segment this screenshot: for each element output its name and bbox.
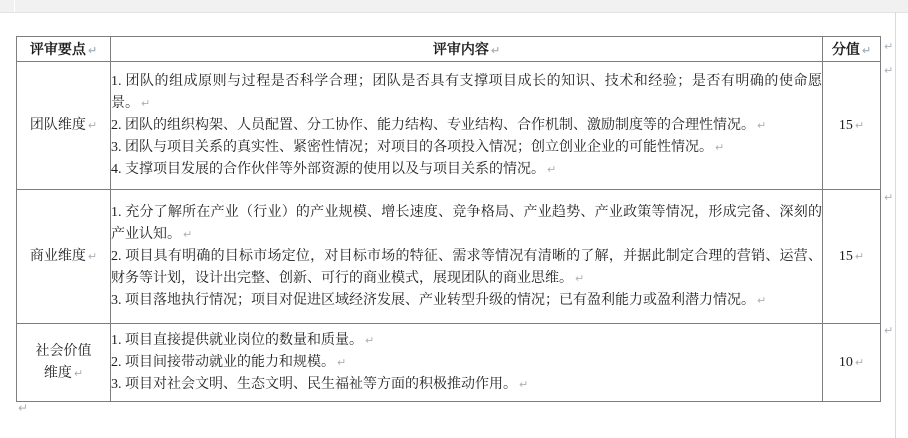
table-header-row: 评审要点↵ 评审内容↵ 分值↵ <box>17 37 881 62</box>
criteria-item: 1. 团队的组成原则与过程是否科学合理；团队是否具有支撑项目成长的知识、技术和经… <box>111 71 822 115</box>
dimension-text: 商业维度 <box>30 249 86 264</box>
dimension-text: 维度 <box>44 366 72 381</box>
line-break-mark: ↵ <box>757 294 766 307</box>
score-cell[interactable]: 15↵ <box>823 62 881 190</box>
header-text: 分值 <box>832 43 860 58</box>
col-header-content[interactable]: 评审内容↵ <box>111 37 823 62</box>
score-value: 15 <box>839 249 853 264</box>
dimension-cell[interactable]: 商业维度↵ <box>17 190 111 324</box>
page-top-margin <box>0 0 908 13</box>
line-break-mark: ↵ <box>575 272 584 285</box>
dimension-text: 团队维度 <box>30 118 86 133</box>
criteria-item: 2. 项目具有明确的目标市场定位，对目标市场的特征、需求等情况有清晰的了解，并据… <box>111 246 822 290</box>
score-value: 15 <box>839 118 853 133</box>
header-text: 评审内容 <box>433 43 489 58</box>
criteria-item: 1. 项目直接提供就业岗位的数量和质量。↵ <box>111 330 822 352</box>
line-break-mark: ↵ <box>141 97 150 110</box>
end-of-row-mark: ↵ <box>884 191 893 204</box>
end-of-cell-mark: ↵ <box>855 250 864 263</box>
col-header-dimension[interactable]: 评审要点↵ <box>17 37 111 62</box>
paragraph-mark: ↵ <box>18 401 28 415</box>
end-of-row-mark: ↵ <box>884 40 893 53</box>
score-cell[interactable]: 15↵ <box>823 190 881 324</box>
criteria-item: 3. 团队与项目关系的真实性、紧密性情况；对项目的各项投入情况；创立创业企业的可… <box>111 137 822 159</box>
col-header-score[interactable]: 分值↵ <box>823 37 881 62</box>
line-break-mark: ↵ <box>519 378 528 391</box>
criteria-item: 2. 项目间接带动就业的能力和规模。↵ <box>111 352 822 374</box>
page-left-edge <box>14 0 15 12</box>
table-row-business: 商业维度↵ 1. 充分了解所在产业（行业）的产业规模、增长速度、竞争格局、产业趋… <box>17 190 881 324</box>
line-break-mark: ↵ <box>547 163 556 176</box>
page-right-edge <box>895 12 896 438</box>
review-criteria-table: 评审要点↵ 评审内容↵ 分值↵ 团队维度↵ 1. 团队的组成原则与过程是否科学合… <box>16 36 881 402</box>
score-value: 10 <box>839 355 853 370</box>
criteria-item: 2. 团队的组织构架、人员配置、分工协作、能力结构、专业结构、合作机制、激励制度… <box>111 115 822 137</box>
score-cell[interactable]: 10↵ <box>823 324 881 402</box>
criteria-item: 4. 支撑项目发展的合作伙伴等外部资源的使用以及与项目关系的情况。↵ <box>111 159 822 181</box>
line-break-mark: ↵ <box>183 228 192 241</box>
header-text: 评审要点 <box>30 43 86 58</box>
end-of-row-mark: ↵ <box>884 64 893 77</box>
end-of-cell-mark: ↵ <box>88 250 97 263</box>
dimension-cell[interactable]: 社会价值 维度↵ <box>17 324 111 402</box>
line-break-mark: ↵ <box>715 141 724 154</box>
end-of-cell-mark: ↵ <box>855 119 864 132</box>
dimension-cell[interactable]: 团队维度↵ <box>17 62 111 190</box>
end-of-cell-mark: ↵ <box>862 44 871 57</box>
criteria-item: 1. 充分了解所在产业（行业）的产业规模、增长速度、竞争格局、产业趋势、产业政策… <box>111 202 822 246</box>
document-page[interactable]: 评审要点↵ 评审内容↵ 分值↵ 团队维度↵ 1. 团队的组成原则与过程是否科学合… <box>0 0 908 438</box>
content-cell[interactable]: 1. 项目直接提供就业岗位的数量和质量。↵ 2. 项目间接带动就业的能力和规模。… <box>111 324 823 402</box>
end-of-cell-mark: ↵ <box>491 44 500 57</box>
end-of-cell-mark: ↵ <box>88 44 97 57</box>
end-of-cell-mark: ↵ <box>855 356 864 369</box>
table-row-social-value: 社会价值 维度↵ 1. 项目直接提供就业岗位的数量和质量。↵ 2. 项目间接带动… <box>17 324 881 402</box>
content-cell[interactable]: 1. 团队的组成原则与过程是否科学合理；团队是否具有支撑项目成长的知识、技术和经… <box>111 62 823 190</box>
dimension-text: 社会价值 <box>36 344 92 359</box>
end-of-cell-mark: ↵ <box>74 367 83 380</box>
table-row-team: 团队维度↵ 1. 团队的组成原则与过程是否科学合理；团队是否具有支撑项目成长的知… <box>17 62 881 190</box>
criteria-item: 3. 项目落地执行情况；项目对促进区域经济发展、产业转型升级的情况；已有盈利能力… <box>111 290 822 312</box>
line-break-mark: ↵ <box>365 334 374 347</box>
line-break-mark: ↵ <box>337 356 346 369</box>
end-of-cell-mark: ↵ <box>88 119 97 132</box>
criteria-item: 3. 项目对社会文明、生态文明、民生福祉等方面的积极推动作用。↵ <box>111 374 822 396</box>
line-break-mark: ↵ <box>757 119 766 132</box>
content-cell[interactable]: 1. 充分了解所在产业（行业）的产业规模、增长速度、竞争格局、产业趋势、产业政策… <box>111 190 823 324</box>
end-of-row-mark: ↵ <box>884 324 893 337</box>
